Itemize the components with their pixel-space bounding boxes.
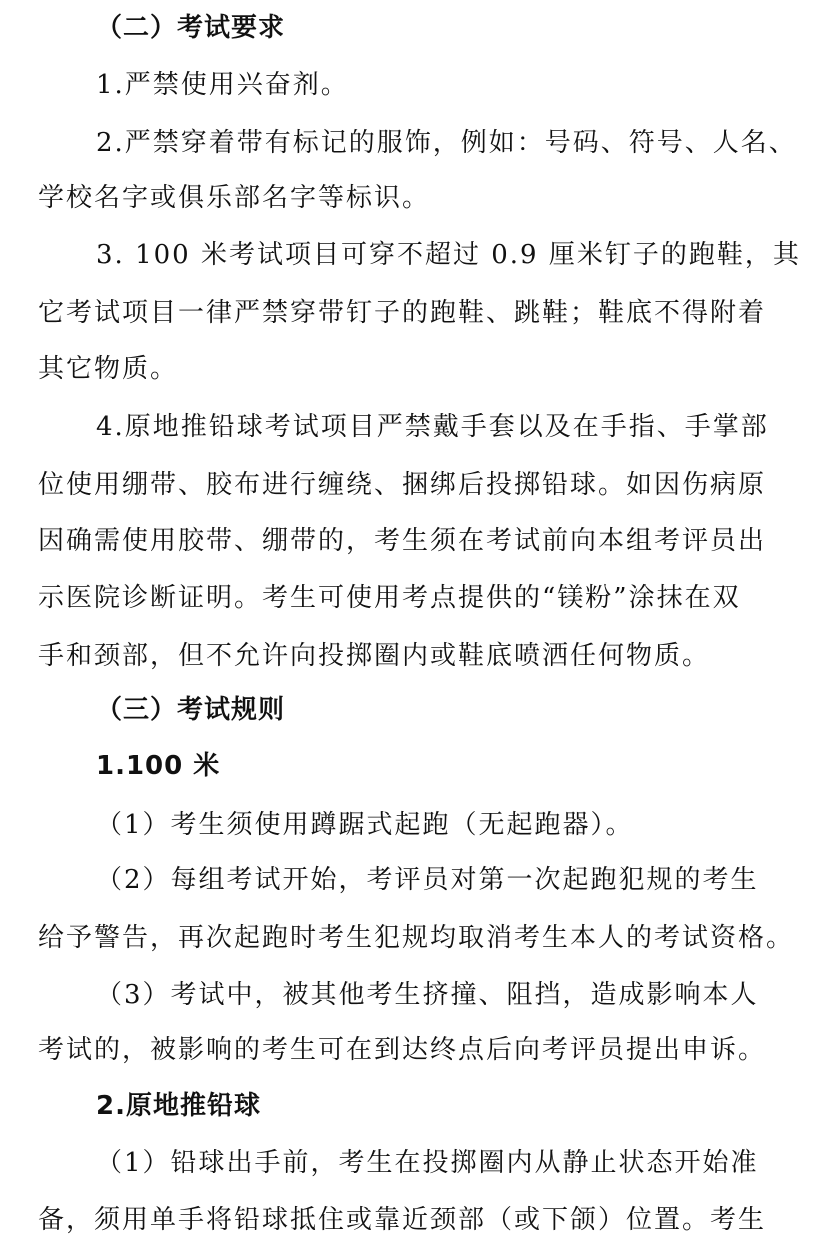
paragraph-line: 3. 100 米考试项目可穿不超过 0.9 厘米钉子的跑鞋，其 xyxy=(96,235,796,275)
section-heading-exam-rules: （三）考试规则 xyxy=(96,690,796,730)
paragraph-line: 1.严禁使用兴奋剂。 xyxy=(96,65,796,105)
paragraph-line: 位使用绷带、胶布进行缠绕、捆绑后投掷铅球。如因伤病原 xyxy=(38,465,798,505)
paragraph-line: 考试的，被影响的考生可在到达终点后向考评员提出申诉。 xyxy=(38,1030,798,1070)
subsection-heading-shot-put: 2.原地推铅球 xyxy=(96,1086,796,1126)
paragraph-line: 学校名字或俱乐部名字等标识。 xyxy=(38,178,798,218)
paragraph-line: 备，须用单手将铅球抵住或靠近颈部（或下颌）位置。考生 xyxy=(38,1200,798,1240)
paragraph-line: （2）每组考试开始，考评员对第一次起跑犯规的考生 xyxy=(96,860,796,900)
section-heading-exam-requirements: （二）考试要求 xyxy=(96,8,796,48)
subsection-heading-100m: 1.100 米 xyxy=(96,746,796,786)
paragraph-line: 2.严禁穿着带有标记的服饰，例如：号码、符号、人名、 xyxy=(96,123,796,163)
paragraph-line: 4.原地推铅球考试项目严禁戴手套以及在手指、手掌部 xyxy=(96,407,796,447)
paragraph-line: 示医院诊断证明。考生可使用考点提供的“镁粉”涂抹在双 xyxy=(38,578,798,618)
paragraph-line: 它考试项目一律严禁穿带钉子的跑鞋、跳鞋；鞋底不得附着 xyxy=(38,293,798,333)
paragraph-line: （1）考生须使用蹲踞式起跑（无起跑器）。 xyxy=(96,805,796,845)
paragraph-line: 给予警告，再次起跑时考生犯规均取消考生本人的考试资格。 xyxy=(38,918,798,958)
paragraph-line: （1）铅球出手前，考生在投掷圈内从静止状态开始准 xyxy=(96,1143,796,1183)
paragraph-line: 手和颈部，但不允许向投掷圈内或鞋底喷洒任何物质。 xyxy=(38,636,798,676)
paragraph-line: （3）考试中，被其他考生挤撞、阻挡，造成影响本人 xyxy=(96,975,796,1015)
paragraph-line: 因确需使用胶带、绷带的，考生须在考试前向本组考评员出 xyxy=(38,521,798,561)
paragraph-line: 其它物质。 xyxy=(38,349,798,389)
